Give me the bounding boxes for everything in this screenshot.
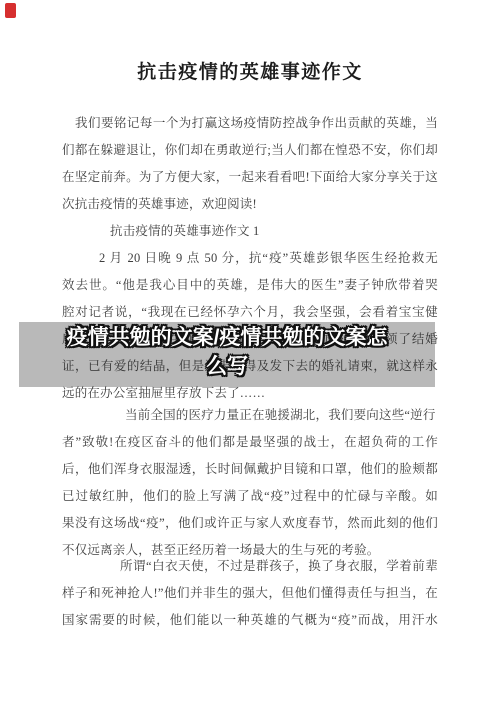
section-heading-text: 抗击疫情的英雄事迹作文 1 <box>62 218 438 245</box>
red-logo-badge-icon <box>5 3 16 18</box>
essay-line: 在坚定前奔。为了方便大家，一起来看看吧!下面给大家分享关于这 <box>62 164 438 191</box>
caption-line: 么写 <box>19 352 435 381</box>
paragraph-angels: 所谓“白衣天使，不过是群孩子，换了身衣服，学着前辈的 样子和死神抢人!”他们并非… <box>62 553 438 634</box>
essay-line: 次抗击疫情的英雄事迹，欢迎阅读! <box>62 191 438 218</box>
essay-line: 效去世。“他是我心目中的英雄，是伟大的医生”妻子钟欣带着哭 <box>62 272 438 299</box>
essay-line: 果没有这场战“疫”，他们或许正与家人欢度春节，然而此刻的他们 <box>62 510 438 537</box>
paragraph-medics: 当前全国的医疗力量正在驰援湖北，我们要向这些“逆行 者”致敬!在疫区奋斗的他们都… <box>62 402 438 564</box>
essay-line: 国家需要的时候，他们能以一种英雄的气概为“疫”而战，用汗水 <box>62 607 438 634</box>
essay-line: 样子和死神抢人!”他们并非生的强大，但他们懂得责任与担当，在 <box>62 580 438 607</box>
caption-line: 疫情共勉的文案/疫情共勉的文案怎 <box>19 323 435 352</box>
section-heading: 抗击疫情的英雄事迹作文 1 <box>62 218 438 245</box>
essay-line: 我们要铭记每一个为打赢这场疫情防控战争作出贡献的英雄，当人 <box>62 110 438 137</box>
caption-overlay: 疫情共勉的文案/疫情共勉的文案怎 么写 <box>19 323 435 381</box>
document-page: 抗击疫情的英雄事迹作文 我们要铭记每一个为打赢这场疫情防控战争作出贡献的英雄，当… <box>0 0 500 706</box>
page-title: 抗击疫情的英雄事迹作文 <box>0 57 500 84</box>
paragraph-intro: 我们要铭记每一个为打赢这场疫情防控战争作出贡献的英雄，当人 们都在躲避退让，你们… <box>62 110 438 218</box>
essay-line: 当前全国的医疗力量正在驰援湖北，我们要向这些“逆行 <box>62 402 438 429</box>
essay-line: 2 月 20 日晚 9 点 50 分，抗“疫”英雄彭银华医生经抢救无 <box>62 245 438 272</box>
essay-line: 们都在躲避退让，你们却在勇敢逆行;当人们都在惶恐不安，你们却 <box>62 137 438 164</box>
essay-line: 所谓“白衣天使，不过是群孩子，换了身衣服，学着前辈的 <box>62 553 438 580</box>
essay-line: 者”致敬!在疫区奋斗的他们都是最坚强的战士，在超负荷的工作 <box>62 429 438 456</box>
essay-line: 后，他们浑身衣服湿透，长时间佩戴护目镜和口罩，他们的脸颊都 <box>62 456 438 483</box>
essay-line: 已过敏红肿，他们的脸上写满了战“疫”过程中的忙碌与辛酸。如 <box>62 483 438 510</box>
